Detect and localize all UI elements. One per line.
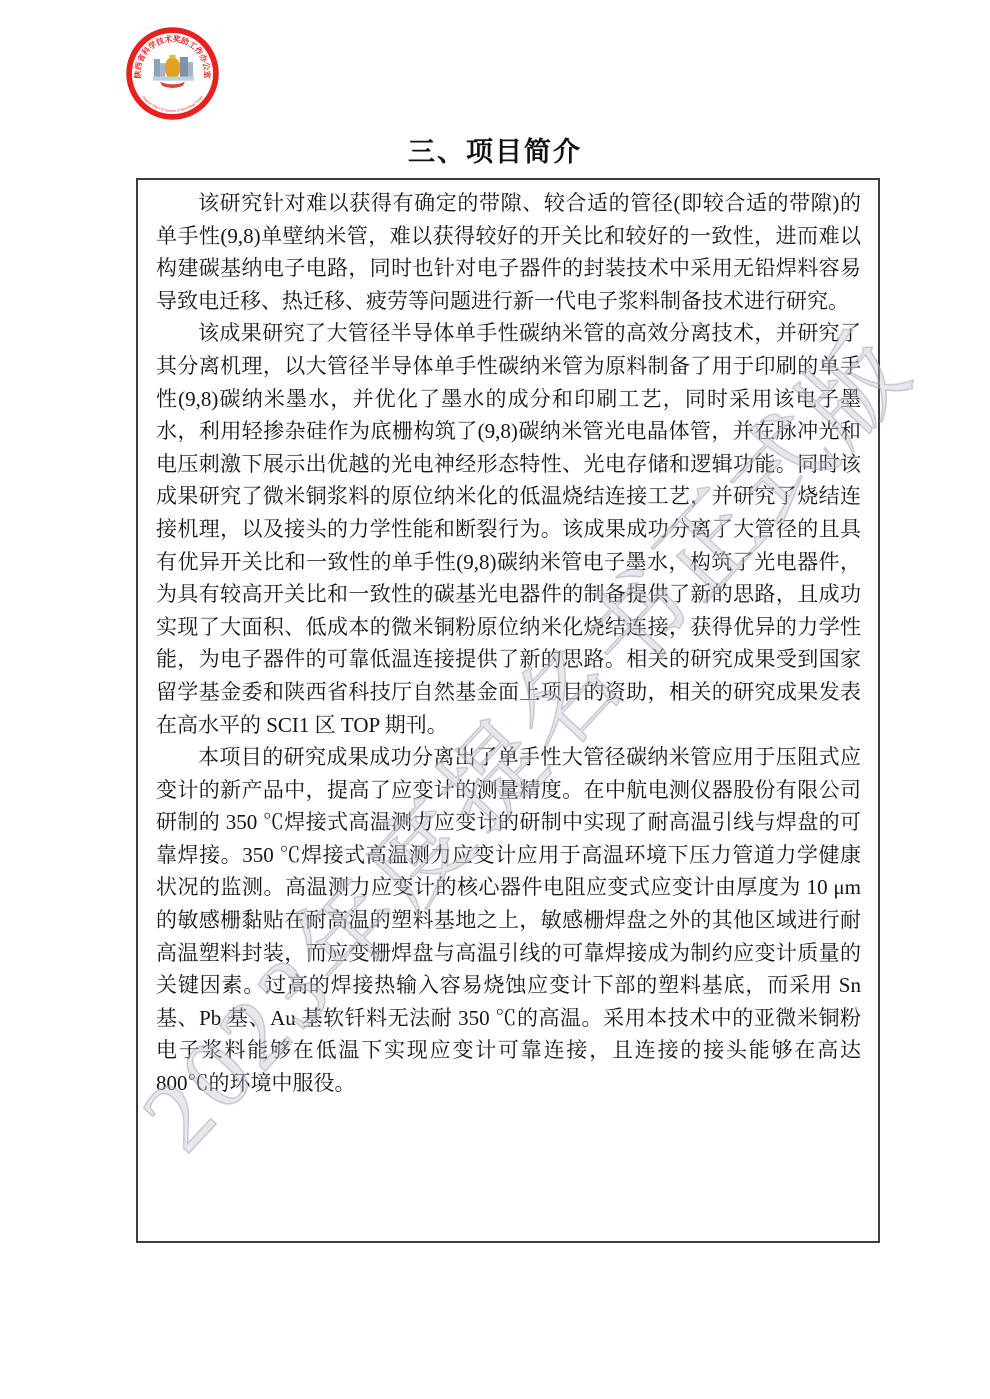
intro-paragraph-1: 该研究针对难以获得有确定的带隙、较合适的管径(即较合适的带隙)的单手性(9,8)… bbox=[156, 187, 861, 317]
project-intro-box: 该研究针对难以获得有确定的带隙、较合适的管径(即较合适的带隙)的单手性(9,8)… bbox=[136, 178, 880, 1243]
organization-seal: 陕西省科学技术奖励工作办公室 Shaanxi Office Of Science… bbox=[126, 27, 219, 120]
project-intro-text: 该研究针对难以获得有确定的带隙、较合适的管径(即较合适的带隙)的单手性(9,8)… bbox=[138, 180, 878, 1100]
intro-paragraph-3: 本项目的研究成果成功分离出了单手性大管径碳纳米管应用于压阻式应变计的新产品中，提… bbox=[156, 741, 861, 1100]
intro-paragraph-2: 该成果研究了大管径半导体单手性碳纳米管的高效分离技术，并研究了其分离机理，以大管… bbox=[156, 317, 861, 741]
seal-graphic: 陕西省科学技术奖励工作办公室 Shaanxi Office Of Science… bbox=[126, 27, 219, 120]
page-title: 三、项目简介 bbox=[0, 130, 990, 169]
